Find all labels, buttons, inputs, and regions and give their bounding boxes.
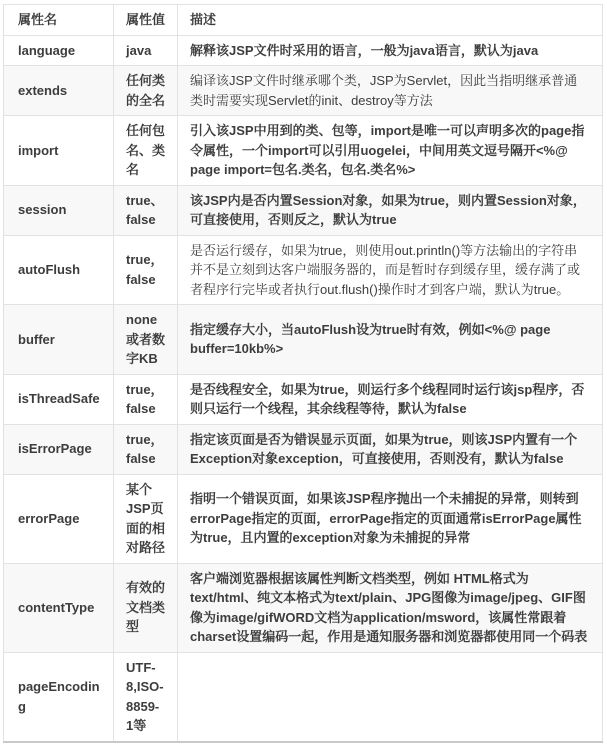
attribute-name-cell: contentType [4,563,114,652]
attribute-value-cell: java [114,35,178,66]
attribute-value-cell: 任何类的全名 [114,66,178,116]
attribute-name-cell: import [4,116,114,186]
attribute-description-cell: 客户端浏览器根据该属性判断文档类型，例如 HTML格式为text/html、纯文… [178,563,603,652]
attribute-value-cell: true，false [114,424,178,474]
attribute-value-cell: none或者数字KB [114,305,178,375]
table-row: errorPage 某个JSP页面的相对路径 指明一个错误页面，如果该JSP程序… [4,474,603,563]
attribute-value-cell: 有效的文档类型 [114,563,178,652]
table-body: language java 解释该JSP文件时采用的语言，一般为java语言，默… [4,35,603,742]
attribute-description-cell: 该JSP内是否内置Session对象，如果为true，则内置Session对象，… [178,185,603,235]
attribute-name-cell: language [4,35,114,66]
table-row: isThreadSafe true，false 是否线程安全，如果为true，则… [4,374,603,424]
attribute-name-cell: errorPage [4,474,114,563]
table-row: extends 任何类的全名 编译该JSP文件时继承哪个类，JSP为Servle… [4,66,603,116]
attribute-description-cell: 是否运行缓存，如果为true，则使用out.println()等方法输出的字符串… [178,235,603,305]
table-row: import 任何包名、类名 引入该JSP中用到的类、包等，import是唯一可… [4,116,603,186]
attribute-value-cell: true、false [114,185,178,235]
attribute-description-cell: 指明一个错误页面，如果该JSP程序抛出一个未捕捉的异常，则转到errorPage… [178,474,603,563]
column-header-attribute-value: 属性值 [114,5,178,36]
attribute-value-cell: UTF-8,ISO-8859-1等 [114,652,178,742]
attribute-name-cell: buffer [4,305,114,375]
table-row: session true、false 该JSP内是否内置Session对象，如果… [4,185,603,235]
column-header-description: 描述 [178,5,603,36]
table-row: isErrorPage true，false 指定该页面是否为错误显示页面，如果… [4,424,603,474]
attribute-value-cell: 任何包名、类名 [114,116,178,186]
table-row: pageEncoding UTF-8,ISO-8859-1等 [4,652,603,742]
header-row: 属性名 属性值 描述 [4,5,603,36]
table-row: buffer none或者数字KB 指定缓存大小，当autoFlush设为tru… [4,305,603,375]
attribute-description-cell: 是否线程安全，如果为true，则运行多个线程同时运行该jsp程序，否则只运行一个… [178,374,603,424]
attribute-name-cell: autoFlush [4,235,114,305]
jsp-page-directive-attribute-table: 属性名 属性值 描述 language java 解释该JSP文件时采用的语言，… [3,4,603,743]
page: 属性名 属性值 描述 language java 解释该JSP文件时采用的语言，… [0,0,607,745]
attribute-name-cell: isThreadSafe [4,374,114,424]
attribute-description-cell: 解释该JSP文件时采用的语言，一般为java语言，默认为java [178,35,603,66]
column-header-attribute-name: 属性名 [4,5,114,36]
attribute-name-cell: extends [4,66,114,116]
attribute-value-cell: true，false [114,374,178,424]
attribute-name-cell: session [4,185,114,235]
attribute-name-cell: pageEncoding [4,652,114,742]
attribute-description-cell: 指定缓存大小，当autoFlush设为true时有效，例如<%@ page bu… [178,305,603,375]
attribute-value-cell: 某个JSP页面的相对路径 [114,474,178,563]
attribute-description-cell: 编译该JSP文件时继承哪个类，JSP为Servlet，因此当指明继承普通类时需要… [178,66,603,116]
attribute-description-cell [178,652,603,742]
attribute-value-cell: true，false [114,235,178,305]
table-row: autoFlush true，false 是否运行缓存，如果为true，则使用o… [4,235,603,305]
attribute-description-cell: 指定该页面是否为错误显示页面，如果为true，则该JSP内置有一个Excepti… [178,424,603,474]
attribute-description-cell: 引入该JSP中用到的类、包等，import是唯一可以声明多次的page指令属性，… [178,116,603,186]
table-row: language java 解释该JSP文件时采用的语言，一般为java语言，默… [4,35,603,66]
attribute-name-cell: isErrorPage [4,424,114,474]
table-row: contentType 有效的文档类型 客户端浏览器根据该属性判断文档类型，例如… [4,563,603,652]
